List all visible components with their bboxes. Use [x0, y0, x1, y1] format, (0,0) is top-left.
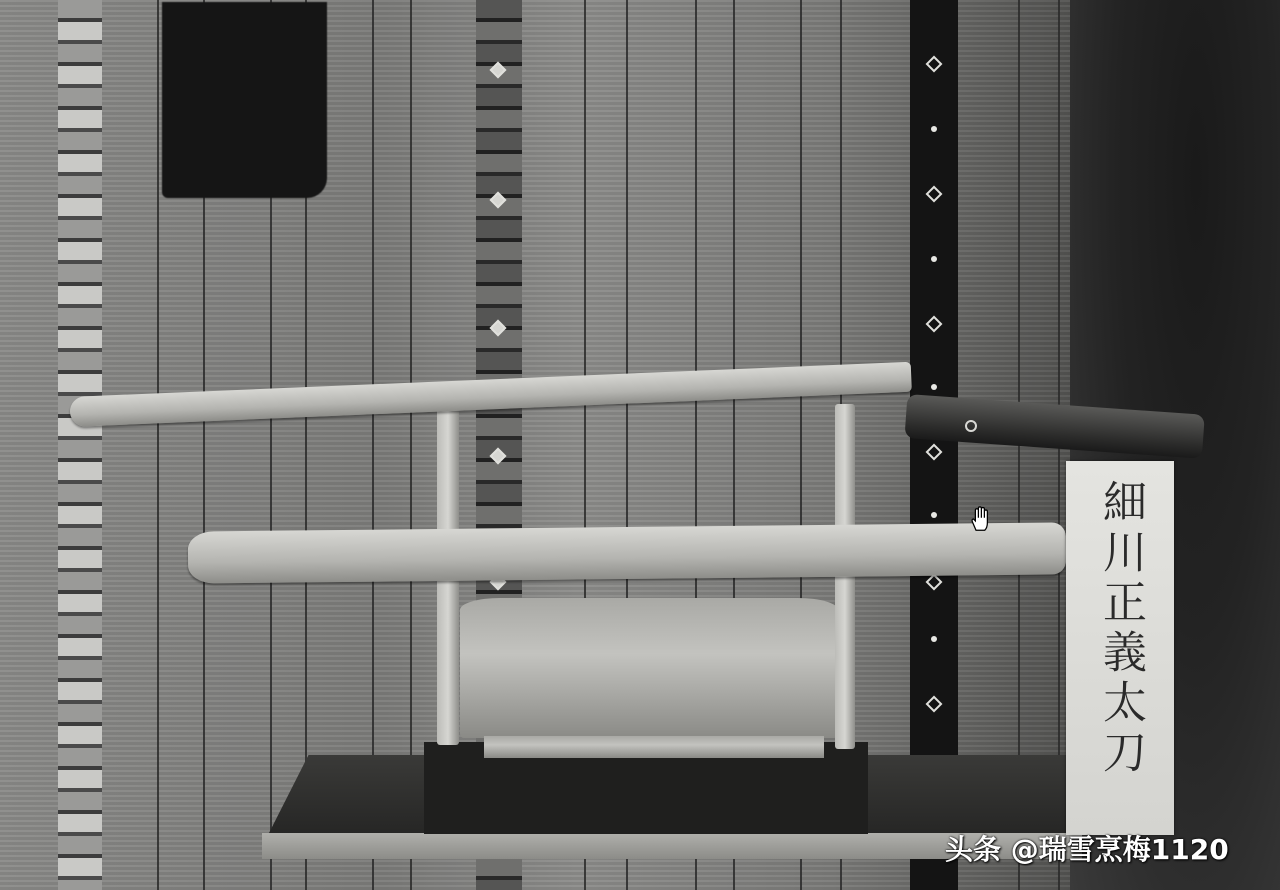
patterned-band-left — [58, 0, 102, 890]
lower-sword-scabbard — [188, 522, 1066, 583]
dot-motif — [914, 512, 954, 518]
dot-motif — [914, 636, 954, 642]
label-card: 細川正義太刀 — [1066, 461, 1174, 835]
dot-motif — [914, 126, 954, 132]
backdrop-stripe — [157, 0, 159, 890]
dot-motif — [914, 384, 954, 390]
hilt-peg — [965, 420, 977, 432]
dot-motif — [914, 256, 954, 262]
rack-back-panel — [460, 598, 838, 738]
hanging-cloth — [162, 2, 327, 198]
photograph: 細川正義太刀 头条 @瑞雪烹梅1120 — [0, 0, 1280, 890]
watermark: 头条 @瑞雪烹梅1120 — [945, 828, 1229, 868]
hand-cursor-icon — [966, 504, 996, 534]
label-card-text: 細川正義太刀 — [1066, 479, 1174, 779]
rack-foot — [484, 736, 824, 758]
